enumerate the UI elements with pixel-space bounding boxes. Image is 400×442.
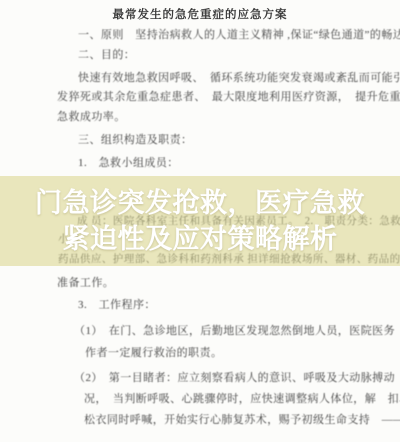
document-title: 最常发生的急危重症的应急方案: [0, 6, 400, 22]
doc-line: 急救成功率。: [57, 110, 126, 125]
overlay-title-line-1: 门急诊突发抢救，医疗急救: [0, 189, 400, 218]
doc-line: 三、组织构造及职责：: [78, 133, 193, 148]
doc-line: 松衣同时呼喊，开始实行心肺复苏术，赐予初级生命支持 ——: [84, 413, 400, 428]
doc-line: 1. 急救小组成员：: [78, 156, 179, 171]
band-faint-line: 药品供应、护理部、急诊科和药剂科承 担详细抢救场所、器材、药品的: [58, 253, 400, 267]
doc-line: （1） 在门、急诊地区，后勤地区发现忽然倒地人员，医院医务 工: [74, 324, 400, 339]
doc-line: 快速有效地急救因呼吸、 循环系统功能突发衰竭或紊乱而可能引: [78, 71, 400, 86]
doc-line: 二、目的：: [78, 48, 135, 63]
doc-line: 发猝死或其余危重急症患者、 最大限度地利用医疗资源， 提升危重症: [57, 90, 400, 105]
overlay-title-line-2: 紧迫性及应对策略解析: [0, 225, 400, 254]
doc-line: 3. 工作程序：: [78, 298, 156, 313]
doc-line: 准备工作。: [57, 276, 114, 291]
doc-line: 一、原则 坚持治病救人的人道主义精神 ,保证“绿色通道”的畅达。: [78, 28, 400, 43]
doc-line: 作者一定履行救治的职责。: [85, 346, 222, 361]
document-page: 最常发生的急危重症的应急方案 一、原则 坚持治病救人的人道主义精神 ,保证“绿色…: [0, 0, 400, 442]
doc-line: 况， 当判断呼吸、心跳骤停时，应快速调整病人体位，解 扣、: [84, 392, 400, 407]
doc-line: （2） 第一目睹者：应立刻察看病人的意识、呼吸及大动脉搏动 状: [74, 371, 400, 386]
